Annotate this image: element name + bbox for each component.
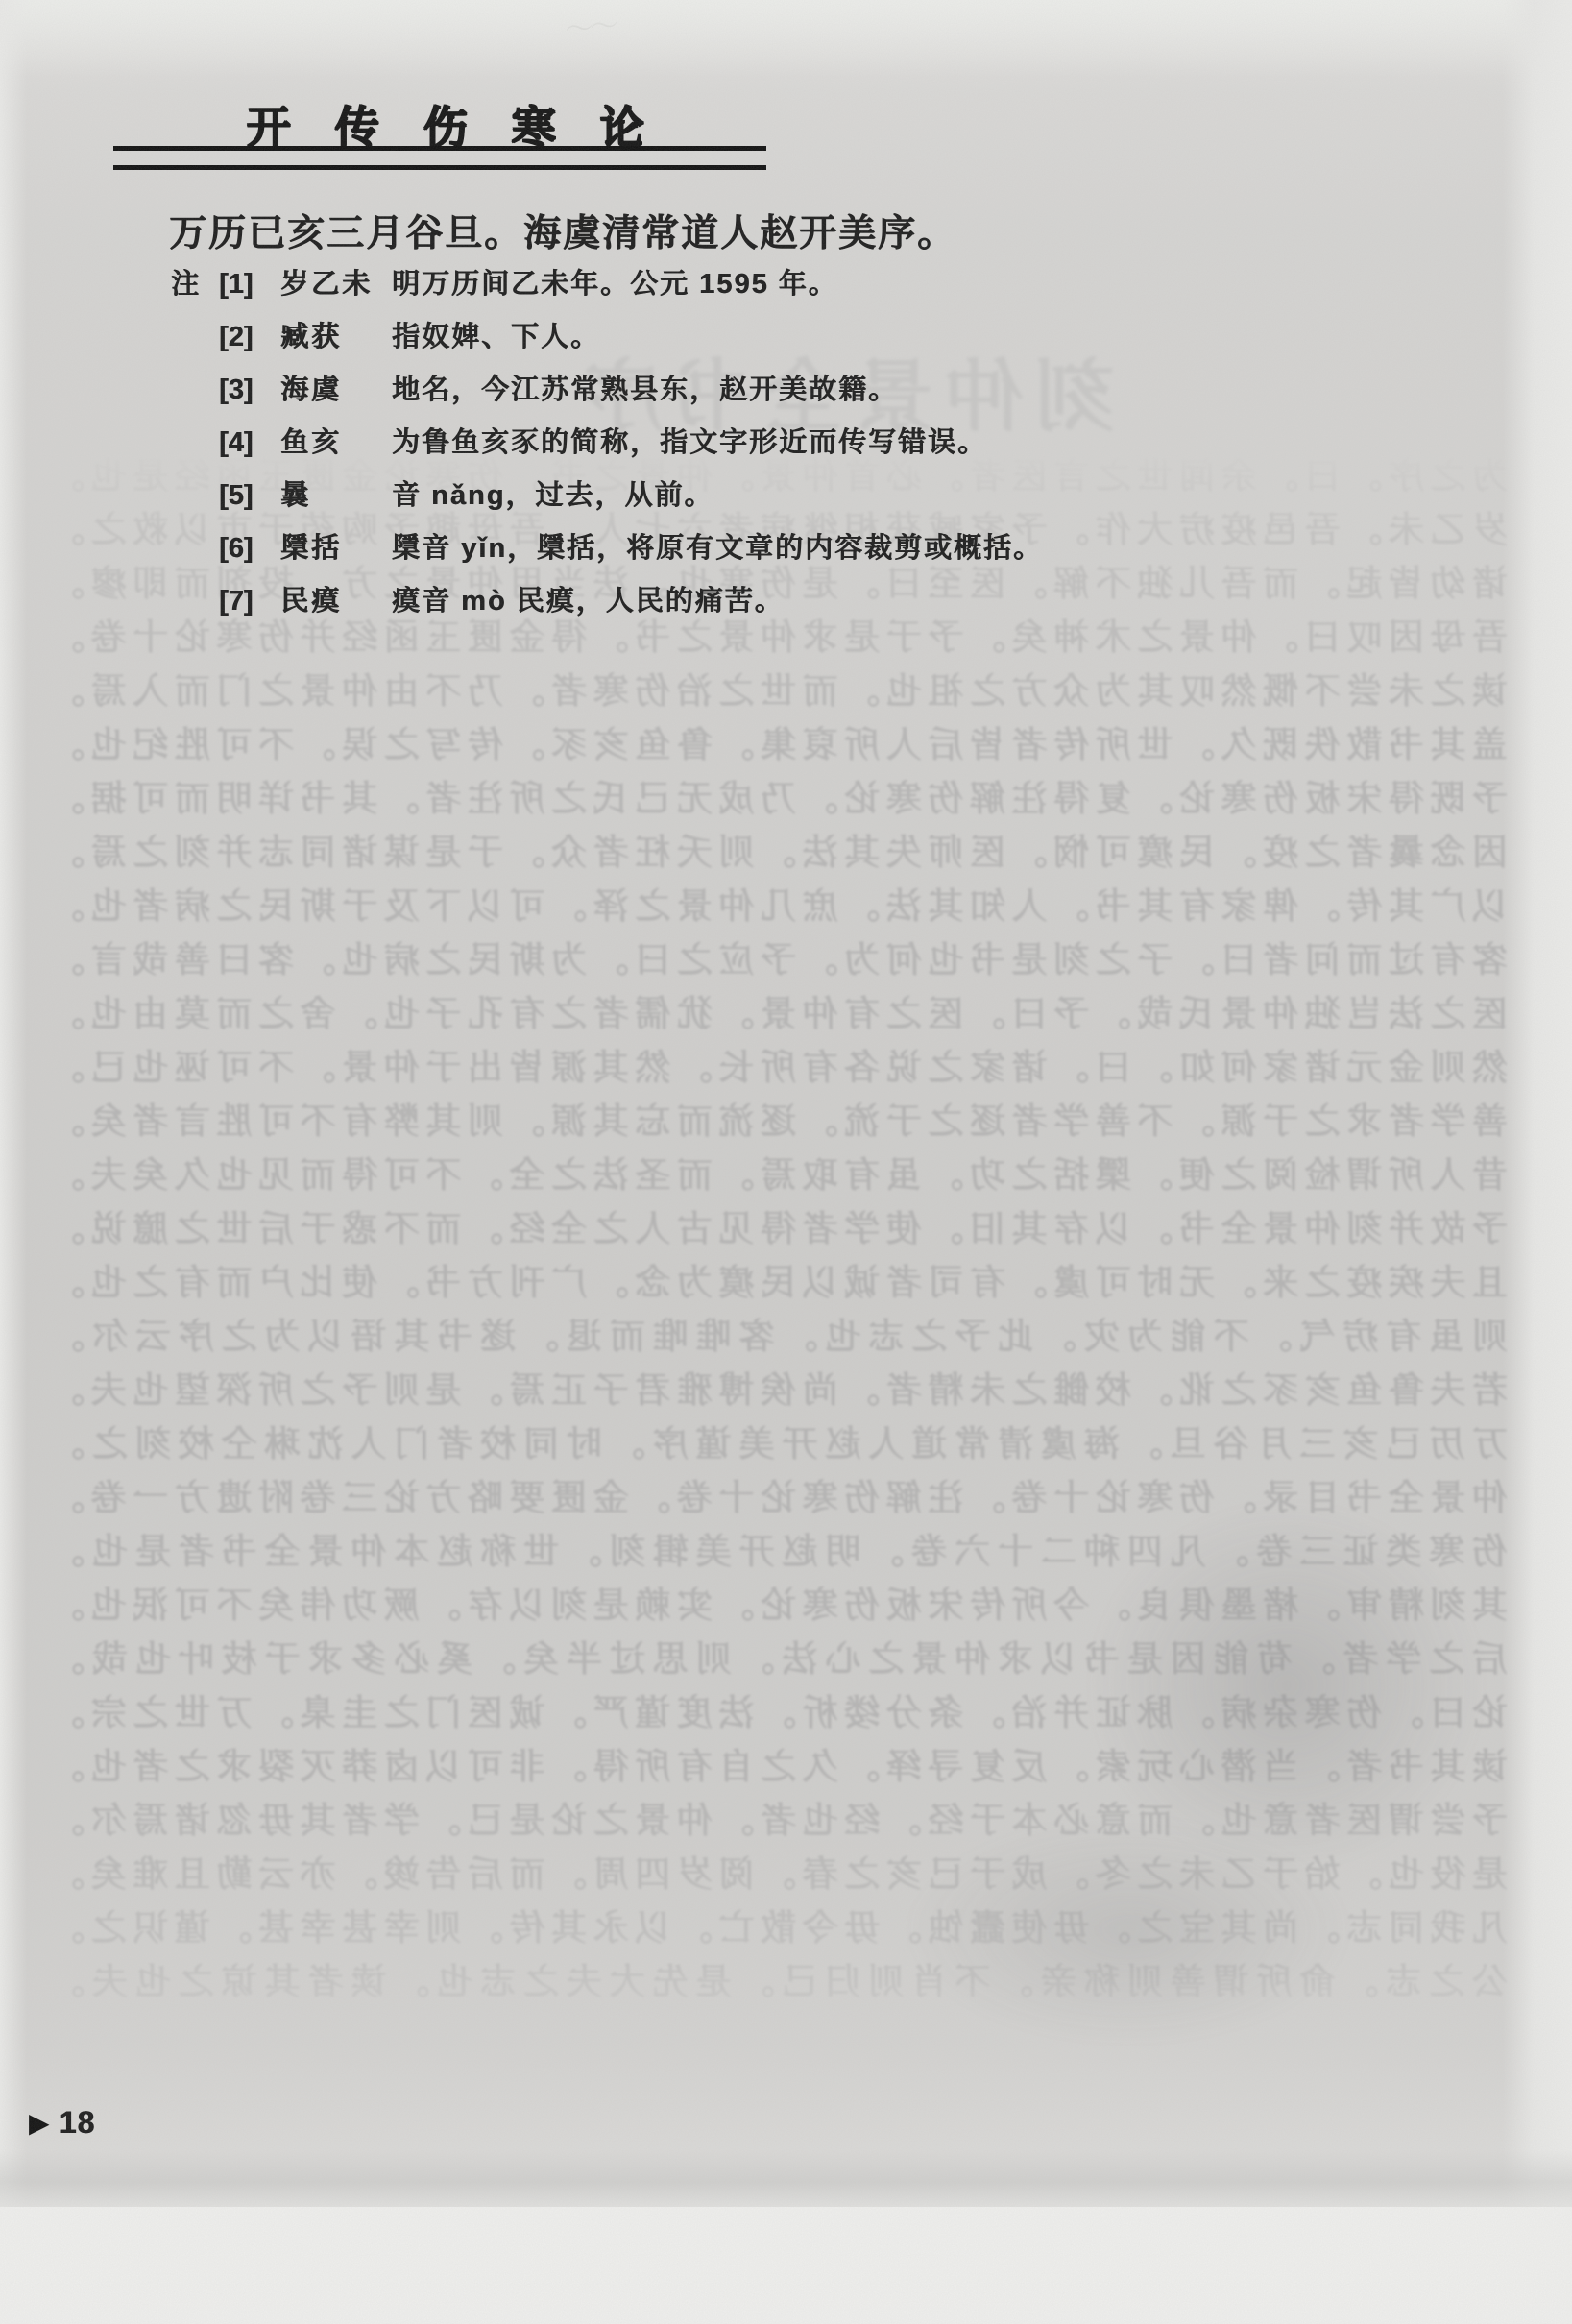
note-prefix: 注 (171, 270, 219, 299)
bleedthrough-line: 昔人所谓检阅之便。檃括之功。虽有取焉。而圣法之全。不可得而见也久矣夫。 (48, 1149, 1508, 1202)
pencil-scribble: 〜〜 (563, 1, 617, 48)
bleedthrough-line: 且夫疾疫之来。无时可虞。有司者诚以民瘼为念。广刊方书。使比户而有之也。 (48, 1256, 1508, 1310)
page-footer: ▶ 18 (29, 2105, 95, 2141)
note-term: 曩 (280, 481, 392, 510)
bleedthrough-line: 客有过而问者曰。子之刻是书也何为。予应之曰。为斯民之病也。客曰善哉言。 (48, 933, 1508, 987)
note-index: [1] (219, 270, 280, 299)
bleedthrough-line: 若夫鲁鱼亥豕之讹。校雠之未精者。尚俟博雅君子正焉。是则予之所深望也夫。 (48, 1364, 1508, 1417)
note-row: [3]海虞地名，今江苏常熟县东，赵开美故籍。 (171, 375, 1458, 404)
note-term: 鱼亥 (280, 428, 392, 457)
note-row: [4]鱼亥为鲁鱼亥豕的简称，指文字形近而传写错误。 (171, 428, 1458, 457)
note-definition: 瘼音 mò 民瘼，人民的痛苦。 (392, 586, 785, 617)
bleedthrough-line: 仲景全书目录。伤寒论十卷。注解伤寒论十卷。金匮要略方论三卷附遗方一卷。 (48, 1471, 1508, 1525)
note-index: [2] (219, 323, 280, 351)
bleedthrough-line: 因念曩者之疫。民瘼可悯。医师失其法。则夭枉者众。于是谋诸同志并刻之焉。 (48, 826, 1508, 880)
note-definition: 地名，今江苏常熟县东，赵开美故籍。 (392, 375, 898, 405)
preface-byline: 万历已亥三月谷旦。海虞清常道人赵开美序。 (169, 204, 956, 257)
bleedthrough-line: 予既得宋板伤寒论。复得注解伤寒论。乃成无己氏之所注者。其书详明而可据。 (48, 772, 1508, 826)
note-index: [4] (219, 428, 280, 457)
bleedthrough-line: 万历已亥三月谷旦。海虞清常道人赵开美谨序。时同校者门人沈琳仝校刻之。 (48, 1417, 1508, 1471)
note-term: 臧获 (280, 323, 392, 351)
left-edge-wash (0, 0, 27, 2324)
bleedthrough-line: 医之法岂独仲景氏哉。予曰。医之有仲景。犹儒者之有孔子也。舍之而莫由也。 (48, 987, 1508, 1041)
bleedthrough-line: 论曰。伤寒杂病。脉证并治。条分缕析。法度谨严。诚医门之圭臬。万世之宗。 (48, 1686, 1508, 1740)
bottom-shadow-band (0, 2149, 1572, 2209)
note-index: [3] (219, 375, 280, 404)
note-index: [6] (219, 534, 280, 563)
bleedthrough-line: 伤寒类证三卷。凡四种二十六卷。明赵开美辑刻。世称赵本仲景全书者是也。 (48, 1525, 1508, 1579)
bleedthrough-line: 善学者求之于源。不善学者逐之于流。逐流而忘其源。则其弊有不可胜言者矣。 (48, 1095, 1508, 1149)
bleedthrough-line: 予故并刻仲景全书。以存其旧。使学者得见古人之全经。而不惑于后世之臆说。 (48, 1202, 1508, 1256)
note-row: [5]曩音 nǎng，过去，从前。 (171, 481, 1458, 510)
bleedthrough-line: 以广其传。俾家有其书。人知其法。庶几仲景之泽。可以下及于斯民之病者也。 (48, 880, 1508, 933)
note-row: [7]民瘼瘼音 mò 民瘼，人民的痛苦。 (171, 587, 1458, 616)
running-head-rule (113, 146, 766, 170)
show-through-smudge (903, 1815, 1354, 2046)
note-definition: 檃音 yǐn，檃括，将原有文章的内容裁剪或概括。 (392, 533, 1043, 564)
note-term: 岁乙未 (280, 270, 392, 299)
note-index: [5] (219, 481, 280, 510)
note-row: 注[1]岁乙未明万历间乙未年。公元 1595 年。 (171, 270, 1458, 299)
bleedthrough-line: 则虽有疠气。不能为灾。此予之志也。客唯唯而退。遂书其语以为之序云尔。 (48, 1310, 1508, 1364)
right-edge-wash (1503, 0, 1572, 2324)
bottom-edge-wash (0, 2207, 1572, 2324)
note-term: 海虞 (280, 375, 392, 404)
bleedthrough-line: 予尝谓医者意也。而意必本于经。经也者。仲景之论是已。学者其毋忽诸焉尔。 (48, 1794, 1508, 1848)
notes-section: 注[1]岁乙未明万历间乙未年。公元 1595 年。 [2]臧获指奴婢、下人。 [… (171, 270, 1458, 640)
show-through-smudge (1085, 1498, 1488, 1873)
bleedthrough-line: 凡我同志。尚其宝之。毋使蠹蚀。毋令散亡。以永其传。则幸甚幸甚。谨识之。 (48, 1901, 1508, 1955)
bleedthrough-line: 其刻精审。楮墨俱良。今所传宋板伤寒论。实赖是刻以存。厥功伟矣不可泯也。 (48, 1579, 1508, 1633)
bleedthrough-line: 然则金元诸家何如。曰。诸家之说各有所长。然其源皆出于仲景。不可诬也已。 (48, 1041, 1508, 1095)
page-number: 18 (60, 2105, 96, 2141)
bleedthrough-line: 是役也。始于乙未之冬。成于已亥之春。阅岁四周。而后告竣。亦云勤且难矣。 (48, 1848, 1508, 1901)
note-definition: 音 nǎng，过去，从前。 (392, 480, 713, 511)
top-edge-wash (0, 0, 1572, 77)
bleedthrough-line: 后之学者。苟能因是书以求仲景之心法。则思过半矣。奚必多求于枝叶也哉。 (48, 1633, 1508, 1686)
triangle-marker-icon: ▶ (29, 2110, 50, 2137)
note-row: [6]檃括檃音 yǐn，檃括，将原有文章的内容裁剪或概括。 (171, 534, 1458, 563)
bleedthrough-line: 公之志。俞所谓善则称亲。不肖则归己。是先大夫之志也。读者其谅之也夫。 (48, 1955, 1508, 2009)
note-definition: 指奴婢、下人。 (392, 322, 600, 352)
note-definition: 明万历间乙未年。公元 1595 年。 (392, 269, 838, 300)
bleedthrough-lines: 为之序。曰。余闻世之言医者。必首仲景。仲景之书。伤寒论金匮玉函经是也。岁乙未。吾… (48, 449, 1508, 2063)
scanned-page: 刻仲景全书序 为之序。曰。余闻世之言医者。必首仲景。仲景之书。伤寒论金匮玉函经是… (0, 0, 1572, 2324)
note-definition: 为鲁鱼亥豕的简称，指文字形近而传写错误。 (392, 427, 987, 458)
bleedthrough-line: 盖其书散佚既久。世所传者皆后人所裒集。鲁鱼亥豕。传写之误。不可胜纪也。 (48, 718, 1508, 772)
note-row: [2]臧获指奴婢、下人。 (171, 323, 1458, 351)
bleedthrough-line: 读之未尝不慨然叹其为众方之祖也。而世之治伤寒者。乃不由仲景之门而入焉。 (48, 665, 1508, 718)
note-term: 檃括 (280, 534, 392, 563)
note-index: [7] (219, 587, 280, 616)
note-term: 民瘼 (280, 587, 392, 616)
bleedthrough-line: 读其书者。当潜心玩索。反复寻绎。久之自有所得。非可以卤莽灭裂求之者也。 (48, 1740, 1508, 1794)
